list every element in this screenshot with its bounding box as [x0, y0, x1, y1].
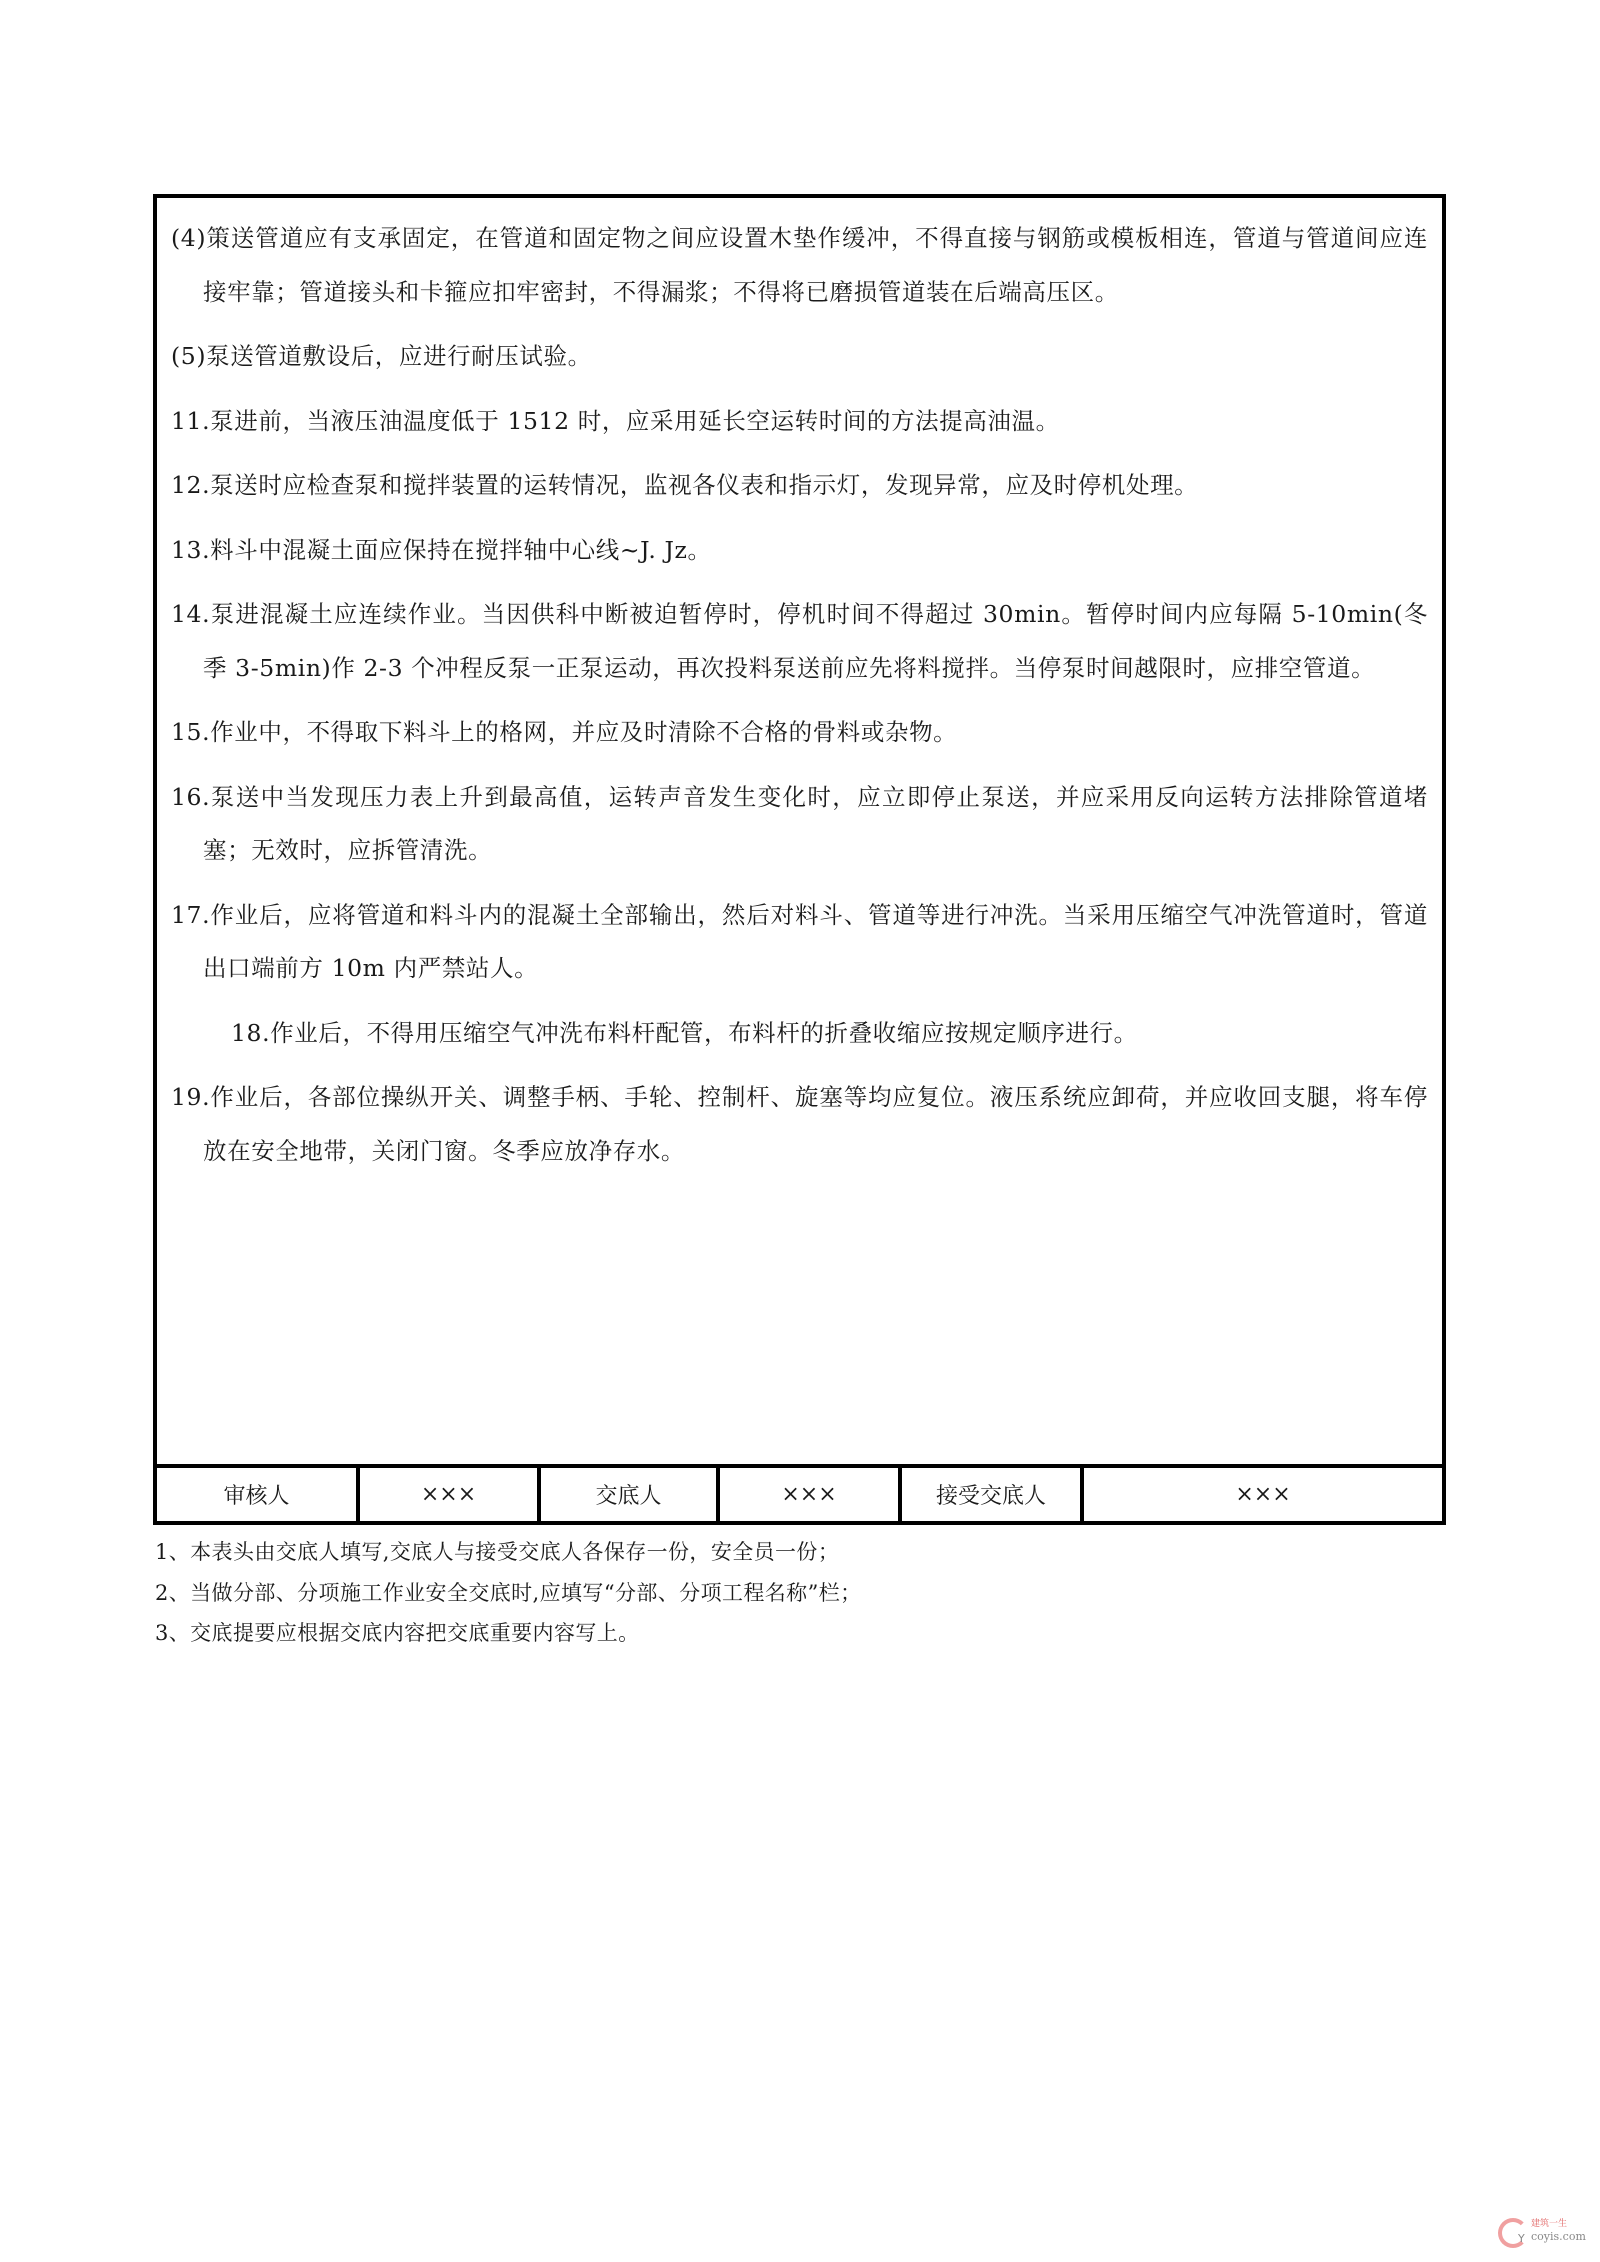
content-item-16: 16.泵送中当发现压力表上升到最高值，运转声音发生变化时，应立即停止泵送，并应采… — [171, 771, 1428, 878]
note-1: 1、本表头由交底人填写,交底人与接受交底人各保存一份，安全员一份； — [155, 1532, 862, 1573]
disclosure-content: (4)策送管道应有支承固定，在管道和固定物之间应设置木垫作缓冲，不得直接与钢筋或… — [157, 198, 1442, 1472]
signature-row: 审核人 ××× 交底人 ××× 接受交底人 ××× — [157, 1464, 1442, 1521]
watermark-cn-text: 建筑一生 — [1531, 2216, 1567, 2229]
watermark-url: coyis.com — [1531, 2230, 1586, 2243]
content-item-11: 11.泵进前，当液压油温度低于 1512 时，应采用延长空运转时间的方法提高油温… — [171, 395, 1428, 449]
content-item-18: 18.作业后，不得用压缩空气冲洗布料杆配管，布料杆的折叠收缩应按规定顺序进行。 — [171, 1007, 1428, 1061]
content-item-4: (4)策送管道应有支承固定，在管道和固定物之间应设置木垫作缓冲，不得直接与钢筋或… — [171, 212, 1428, 319]
logo-y-icon: Y — [1518, 2232, 1525, 2245]
content-item-19: 19.作业后，各部位操纵开关、调整手柄、手轮、控制杆、旋塞等均应复位。液压系统应… — [171, 1071, 1428, 1178]
reviewer-label: 审核人 — [157, 1468, 360, 1521]
watermark-logo: Y 建筑一生 coyis.com — [1498, 2212, 1588, 2252]
note-2: 2、当做分部、分项施工作业安全交底时,应填写“分部、分项工程名称”栏； — [155, 1573, 862, 1614]
disclosure-form-table: (4)策送管道应有支承固定，在管道和固定物之间应设置木垫作缓冲，不得直接与钢筋或… — [153, 194, 1446, 1525]
content-item-17: 17.作业后，应将管道和料斗内的混凝土全部输出，然后对料斗、管道等进行冲洗。当采… — [171, 889, 1428, 996]
footer-notes: 1、本表头由交底人填写,交底人与接受交底人各保存一份，安全员一份； 2、当做分部… — [155, 1532, 862, 1654]
content-item-5: (5)泵送管道敷设后，应进行耐压试验。 — [171, 330, 1428, 384]
reviewer-value: ××× — [360, 1468, 541, 1521]
note-3: 3、交底提要应根据交底内容把交底重要内容写上。 — [155, 1613, 862, 1654]
content-item-12: 12.泵送时应检查泵和搅拌装置的运转情况，监视各仪表和指示灯，发现异常，应及时停… — [171, 459, 1428, 513]
discloser-value: ××× — [720, 1468, 902, 1521]
receiver-label: 接受交底人 — [902, 1468, 1084, 1521]
discloser-label: 交底人 — [541, 1468, 720, 1521]
content-item-15: 15.作业中，不得取下料斗上的格网，并应及时清除不合格的骨料或杂物。 — [171, 706, 1428, 760]
content-item-14: 14.泵进混凝土应连续作业。当因供科中断被迫暂停时，停机时间不得超过 30min… — [171, 588, 1428, 695]
content-item-13: 13.料斗中混凝土面应保持在搅拌轴中心线~J. Jz。 — [171, 524, 1428, 578]
receiver-value: ××× — [1084, 1468, 1442, 1521]
